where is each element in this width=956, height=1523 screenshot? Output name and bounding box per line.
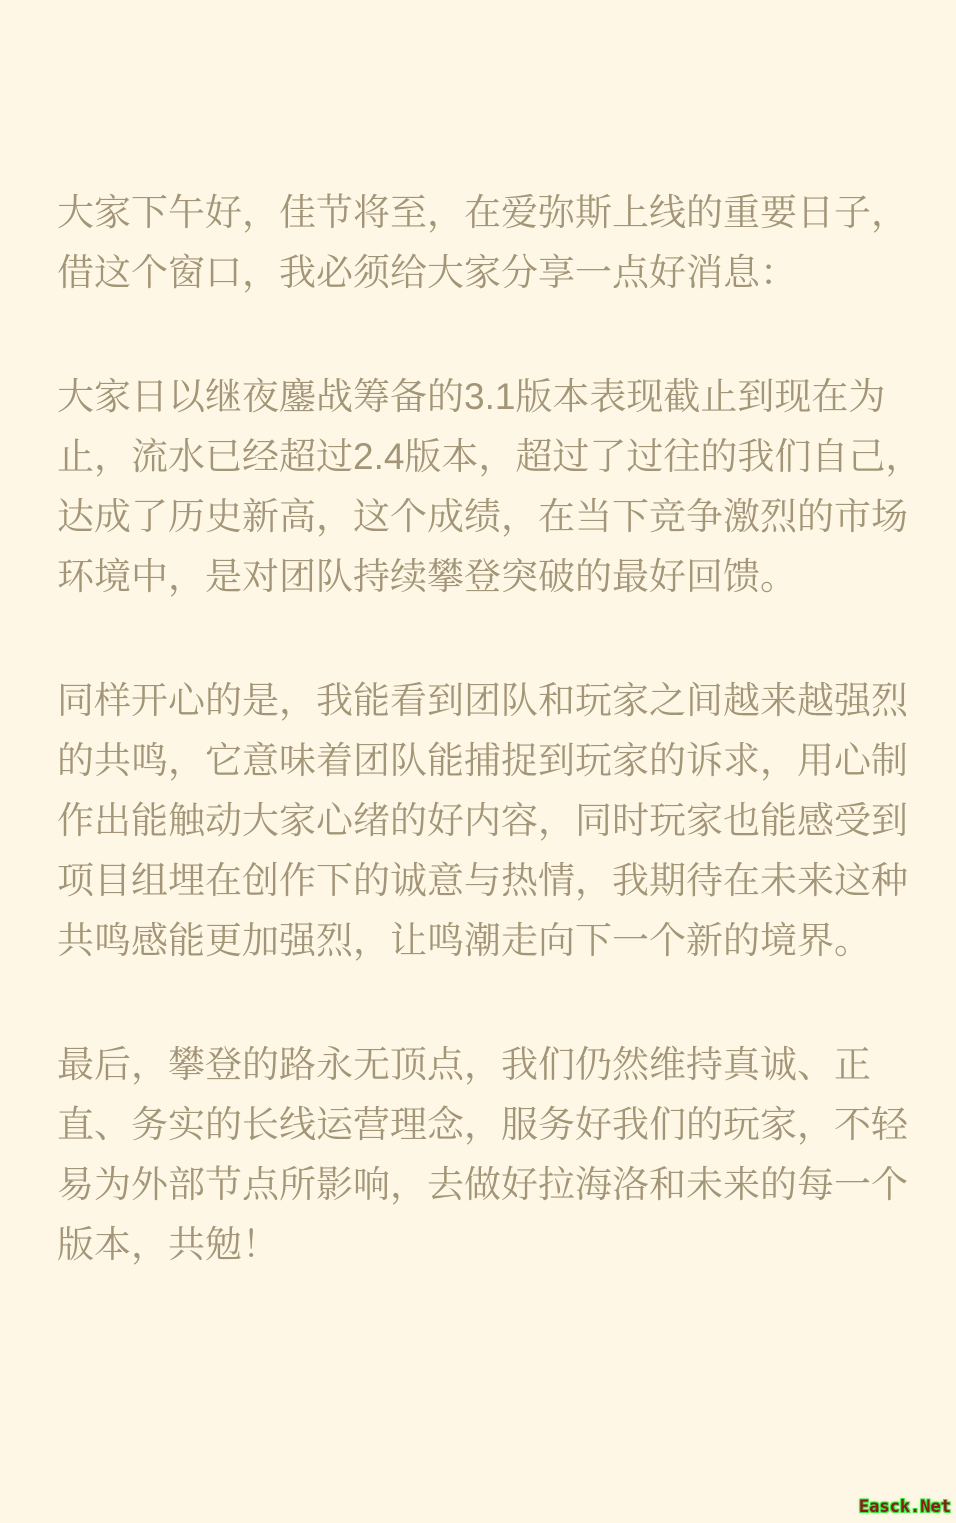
text-line: 最后，攀登的路永无顶点，我们仍然维持真诚、正	[57, 1035, 907, 1095]
text-line: 的共鸣，它意味着团队能捕捉到玩家的诉求，用心制	[57, 731, 907, 791]
paragraph-greeting: 大家下午好，佳节将至，在爱弥斯上线的重要日子， 借这个窗口，我必须给大家分享一点…	[57, 183, 907, 303]
text-line: 共鸣感能更加强烈，让鸣潮走向下一个新的境界。	[57, 911, 907, 971]
text-line: 止，流水已经超过2.4版本，超过了过往的我们自己，	[57, 427, 907, 487]
text-line: 作出能触动大家心绪的好内容，同时玩家也能感受到	[57, 791, 907, 851]
text-line: 达成了历史新高，这个成绩，在当下竞争激烈的市场	[57, 487, 907, 547]
paragraph-revenue-news: 大家日以继夜鏖战筹备的3.1版本表现截止到现在为 止，流水已经超过2.4版本，超…	[57, 367, 907, 607]
text-line: 同样开心的是，我能看到团队和玩家之间越来越强烈	[57, 671, 907, 731]
paragraph-team-player-resonance: 同样开心的是，我能看到团队和玩家之间越来越强烈 的共鸣，它意味着团队能捕捉到玩家…	[57, 671, 907, 971]
text-line: 版本，共勉！	[57, 1215, 907, 1275]
paragraph-closing: 最后，攀登的路永无顶点，我们仍然维持真诚、正 直、务实的长线运营理念，服务好我们…	[57, 1035, 907, 1275]
watermark: Easck.Net	[859, 1497, 951, 1517]
text-line: 大家下午好，佳节将至，在爱弥斯上线的重要日子，	[57, 183, 907, 243]
letter-body: 大家下午好，佳节将至，在爱弥斯上线的重要日子， 借这个窗口，我必须给大家分享一点…	[57, 183, 907, 1339]
text-line: 易为外部节点所影响，去做好拉海洛和未来的每一个	[57, 1155, 907, 1215]
text-line: 项目组埋在创作下的诚意与热情，我期待在未来这种	[57, 851, 907, 911]
text-line: 环境中，是对团队持续攀登突破的最好回馈。	[57, 547, 907, 607]
text-line: 大家日以继夜鏖战筹备的3.1版本表现截止到现在为	[57, 367, 907, 427]
text-line: 借这个窗口，我必须给大家分享一点好消息：	[57, 243, 907, 303]
text-line: 直、务实的长线运营理念，服务好我们的玩家，不轻	[57, 1095, 907, 1155]
